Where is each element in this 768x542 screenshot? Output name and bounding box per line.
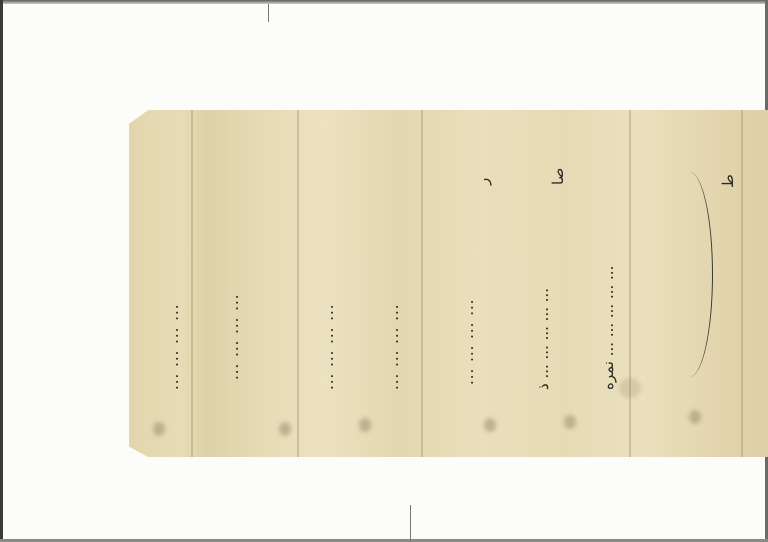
script-line-6: ذ ... ... ... ... ... [534,170,552,390]
manuscript-page: ... ... ... ... ... ... ... ... ... ... … [129,110,768,457]
ink-stain [359,418,371,432]
decorative-arc-stroke [674,172,713,377]
script-line-3: ... ... ... ... [319,170,337,390]
script-line-2: ... ... ... ... [224,170,242,380]
script-line-7: نمره ... ... ... ... ... [599,170,617,390]
marginal-note: صا [549,165,567,185]
fold-line [297,110,299,457]
ink-stain [564,415,576,429]
fold-line [421,110,423,457]
script-line-1: ... ... ... ... [164,180,182,390]
ink-stain [484,418,496,432]
scanner-bed: ... ... ... ... ... ... ... ... ... ... … [0,0,768,542]
backing-sheet-crease [410,505,411,541]
fold-line [191,110,193,457]
script-line-4: ... ... ... ... [384,170,402,390]
marginal-note: ر [474,165,492,185]
script-line-5: ... ... ... ... [459,175,477,385]
ink-stain [153,422,165,436]
fold-line [741,110,743,457]
ink-stain [619,378,641,398]
scan-edge-top [0,0,768,4]
ink-stain [689,410,701,424]
backing-sheet-crease [268,4,269,22]
marginal-note: ط [719,168,737,188]
ink-stain [279,422,291,436]
scan-edge-left [0,0,3,542]
fold-line [629,110,631,457]
